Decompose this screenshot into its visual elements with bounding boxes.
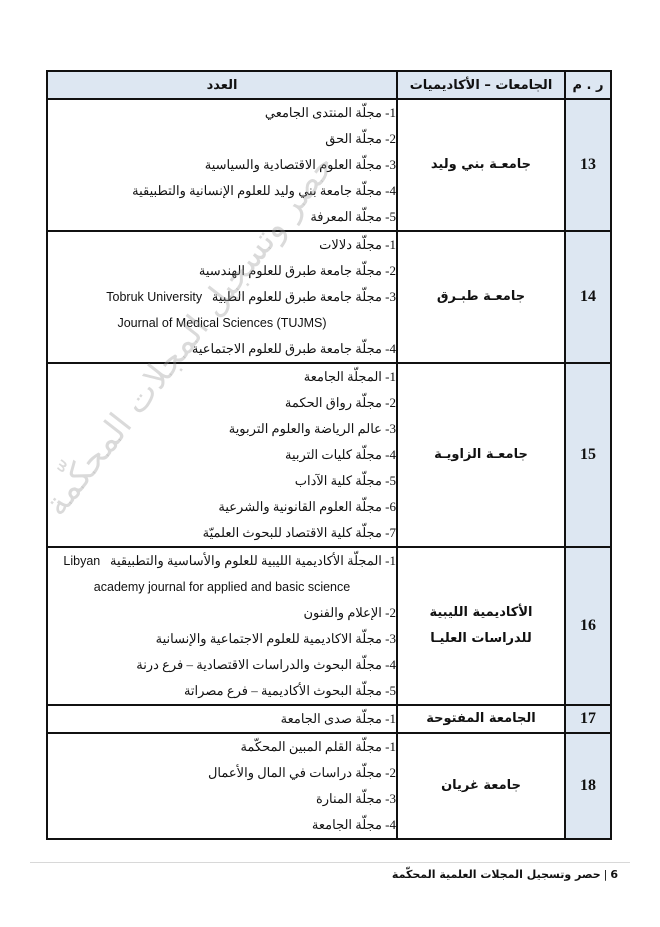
journal-item: 1- مجلّة القلم المبين المحكّمة — [48, 734, 396, 760]
journal-item-ar: 1- المجلّة الأكاديمية الليبية للعلوم وال… — [110, 553, 396, 568]
journal-item-en-continued: Journal of Medical Sciences (TUJMS) — [48, 310, 396, 336]
journal-item: 3- عالم الرياضة والعلوم التربوية — [48, 416, 396, 442]
journal-item: 1- مجلّة دلالات — [48, 232, 396, 258]
table-row: 16 الأكاديمية الليبية للدراسات العليـا 1… — [47, 547, 611, 705]
university-name: جامعـة الزاويـة — [397, 363, 565, 547]
journal-item: 1- مجلّة صدى الجامعة — [48, 706, 396, 732]
journal-item-en: Libyan — [63, 554, 100, 568]
journal-list-cell: 1- مجلّة صدى الجامعة — [47, 705, 397, 733]
journal-list: 1- مجلّة القلم المبين المحكّمة 2- مجلّة … — [48, 734, 396, 838]
journal-item: 3- مجلّة الاكاديمية للعلوم الاجتماعية وا… — [48, 626, 396, 652]
journal-list: 1- مجلّة صدى الجامعة — [48, 706, 396, 732]
journal-list: 1- مجلّة المنتدى الجامعي 2- مجلّة الحق 3… — [48, 100, 396, 230]
university-name: الأكاديمية الليبية للدراسات العليـا — [397, 547, 565, 705]
journal-item: 1- مجلّة المنتدى الجامعي — [48, 100, 396, 126]
university-name: الجامعة المفتوحة — [397, 705, 565, 733]
journal-item: 5- مجلّة المعرفة — [48, 204, 396, 230]
row-number: 15 — [565, 363, 611, 547]
table-row: 18 جامعة غريان 1- مجلّة القلم المبين الم… — [47, 733, 611, 839]
table-row: 13 جامعـة بني وليد 1- مجلّة المنتدى الجا… — [47, 99, 611, 231]
journal-list-cell: 1- مجلّة المنتدى الجامعي 2- مجلّة الحق 3… — [47, 99, 397, 231]
journal-item-en: Tobruk University — [106, 290, 202, 304]
footer-divider — [30, 862, 630, 863]
journal-item: 1- المجلّة الجامعة — [48, 364, 396, 390]
journal-item-ar: 3- مجلّة جامعة طبرق للعلوم الطبية — [212, 289, 396, 304]
row-number: 16 — [565, 547, 611, 705]
row-number: 18 — [565, 733, 611, 839]
journal-list-cell: 1- مجلّة دلالات 2- مجلّة جامعة طبرق للعل… — [47, 231, 397, 363]
journal-item: 4- مجلّة الجامعة — [48, 812, 396, 838]
journal-item: 1- المجلّة الأكاديمية الليبية للعلوم وال… — [48, 548, 396, 574]
document-page: ر . م الجامعات – الأكاديميات العدد 13 جا… — [0, 0, 660, 927]
table-row: 14 جامعـة طبـرق 1- مجلّة دلالات 2- مجلّة… — [47, 231, 611, 363]
journal-list-cell: 1- المجلّة الجامعة 2- مجلّة رواق الحكمة … — [47, 363, 397, 547]
journal-item: 3- مجلّة العلوم الاقتصادية والسياسية — [48, 152, 396, 178]
university-name: جامعـة بني وليد — [397, 99, 565, 231]
journal-item: 2- مجلّة جامعة طبرق للعلوم الهندسية — [48, 258, 396, 284]
row-number: 13 — [565, 99, 611, 231]
journal-item: 5- مجلّة البحوث الأكاديمية – فرع مصراتة — [48, 678, 396, 704]
journal-item: 2- مجلّة رواق الحكمة — [48, 390, 396, 416]
row-number: 14 — [565, 231, 611, 363]
table-row: 17 الجامعة المفتوحة 1- مجلّة صدى الجامعة — [47, 705, 611, 733]
journal-list-cell: 1- المجلّة الأكاديمية الليبية للعلوم وال… — [47, 547, 397, 705]
page-footer: 6|حصر وتسجيل المجلات العلمية المحكّمة — [392, 868, 618, 881]
footer-title: حصر وتسجيل المجلات العلمية المحكّمة — [392, 868, 601, 881]
journal-item: 2- مجلّة الحق — [48, 126, 396, 152]
row-number: 17 — [565, 705, 611, 733]
journals-table: ر . م الجامعات – الأكاديميات العدد 13 جا… — [46, 70, 612, 840]
journal-list: 1- المجلّة الجامعة 2- مجلّة رواق الحكمة … — [48, 364, 396, 546]
journal-item: 5- مجلّة كلية الآداب — [48, 468, 396, 494]
journal-item: 2- الإعلام والفنون — [48, 600, 396, 626]
header-university: الجامعات – الأكاديميات — [397, 71, 565, 99]
footer-separator: | — [601, 868, 611, 881]
journal-item: 3- مجلّة جامعة طبرق للعلوم الطبية Tobruk… — [48, 284, 396, 310]
journal-item-en-continued: academy journal for applied and basic sc… — [48, 574, 396, 600]
journal-item: 7- مجلّة كلية الاقتصاد للبحوث العلميّة — [48, 520, 396, 546]
journal-item: 4- مجلّة جامعة طبرق للعلوم الاجتماعية — [48, 336, 396, 362]
header-number: ر . م — [565, 71, 611, 99]
page-number: 6 — [610, 868, 618, 881]
journal-item: 2- مجلّة دراسات في المال والأعمال — [48, 760, 396, 786]
journal-list: 1- المجلّة الأكاديمية الليبية للعلوم وال… — [48, 548, 396, 704]
journal-list: 1- مجلّة دلالات 2- مجلّة جامعة طبرق للعل… — [48, 232, 396, 362]
journal-list-cell: 1- مجلّة القلم المبين المحكّمة 2- مجلّة … — [47, 733, 397, 839]
journal-item: 4- مجلّة جامعة بني وليد للعلوم الإنسانية… — [48, 178, 396, 204]
journal-item: 3- مجلّة المنارة — [48, 786, 396, 812]
university-name: جامعـة طبـرق — [397, 231, 565, 363]
university-name: جامعة غريان — [397, 733, 565, 839]
journal-item: 6- مجلّة العلوم القانونية والشرعية — [48, 494, 396, 520]
journal-item: 4- مجلّة البحوث والدراسات الاقتصادية – ف… — [48, 652, 396, 678]
journal-item: 4- مجلّة كليات التربية — [48, 442, 396, 468]
header-journals: العدد — [47, 71, 397, 99]
table-header-row: ر . م الجامعات – الأكاديميات العدد — [47, 71, 611, 99]
table-row: 15 جامعـة الزاويـة 1- المجلّة الجامعة 2-… — [47, 363, 611, 547]
